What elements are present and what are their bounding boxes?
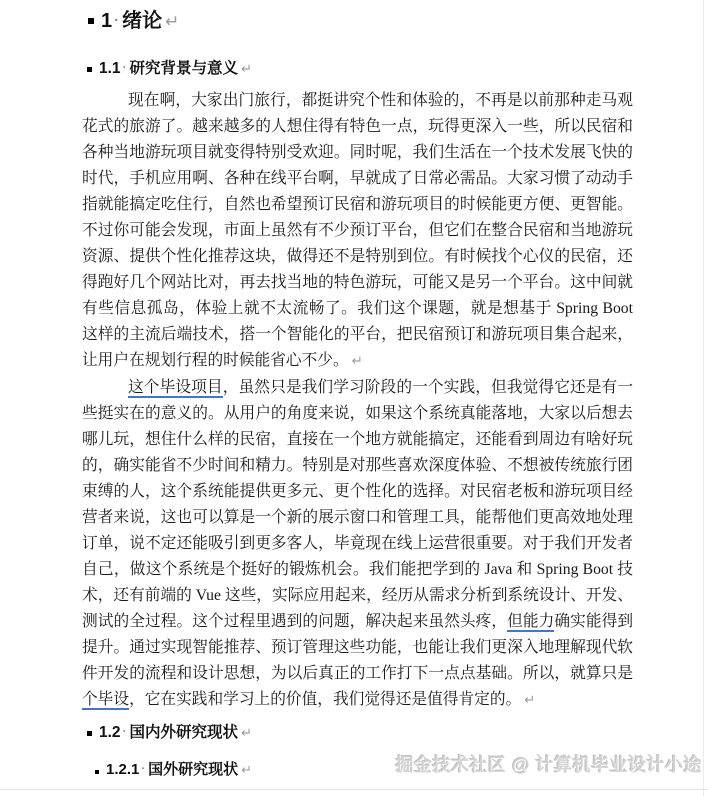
heading-number: 1.2.1: [106, 761, 139, 778]
page-edge-bottom: [0, 789, 708, 790]
heading-chapter-1: 1·绪论↵: [88, 9, 179, 34]
heading-number: 1.2: [99, 724, 121, 741]
text-run: ，虽然只是我们学习阶段的一个实践，但我觉得它还是有一些挺实在的意义的。从用户的角…: [82, 379, 633, 630]
heading-1-2-1: 1.2.1·国外研究现状↵: [95, 759, 252, 781]
space-mark: ·: [112, 12, 122, 29]
body-text-block: 现在啊，大家出门旅行，都挺讲究个性和体验的，不再是以前那种走马观花式的旅游了。越…: [82, 88, 633, 714]
heading-number: 1.1: [99, 60, 121, 77]
heading-1-1: 1.1·研究背景与意义↵: [87, 58, 252, 80]
heading-title: 绪论: [122, 10, 162, 32]
heading-title: 国外研究现状: [148, 761, 238, 778]
space-mark: ·: [139, 763, 148, 775]
paragraph-mark-icon: ↵: [241, 726, 252, 741]
document-page: 1·绪论↵ 1.1·研究背景与意义↵ 现在啊，大家出门旅行，都挺讲究个性和体验的…: [0, 0, 708, 796]
paragraph-mark-icon: ↵: [241, 62, 252, 77]
paragraph-mark-icon: ↵: [241, 763, 252, 778]
grammar-underline-run: 个毕设: [82, 691, 129, 710]
heading-title: 研究背景与意义: [129, 60, 238, 77]
text-run: 现在啊，大家出门旅行，都挺讲究个性和体验的，不再是以前那种走马观花式的旅游了。越…: [82, 92, 633, 369]
paragraph-2: 这个毕设项目，虽然只是我们学习阶段的一个实践，但我觉得它还是有一些挺实在的意义的…: [82, 375, 633, 714]
outline-square-icon: [88, 18, 94, 24]
watermark: 掘金技术社区 @ 计算机毕业设计小途: [395, 751, 702, 777]
heading-1-2: 1.2·国内外研究现状↵: [87, 722, 252, 744]
heading-title: 国内外研究现状: [129, 724, 238, 741]
outline-square-icon: [87, 731, 92, 736]
paragraph-mark-icon: ↵: [165, 12, 179, 32]
paragraph-mark-icon: ↵: [524, 693, 535, 708]
outline-square-icon: [95, 770, 99, 774]
heading-number: 1: [101, 10, 112, 32]
outline-square-icon: [87, 67, 92, 72]
paragraph-mark-icon: ↵: [352, 354, 363, 369]
grammar-underline-run: 这个毕设项目: [128, 379, 223, 398]
grammar-underline-run: 但能力: [507, 613, 554, 632]
page-edge-right: [703, 0, 704, 796]
paragraph-1: 现在啊，大家出门旅行，都挺讲究个性和体验的，不再是以前那种走马观花式的旅游了。越…: [82, 88, 633, 375]
text-run: ，它在实践和学习上的价值，我们觉得还是值得肯定的。: [129, 691, 521, 708]
